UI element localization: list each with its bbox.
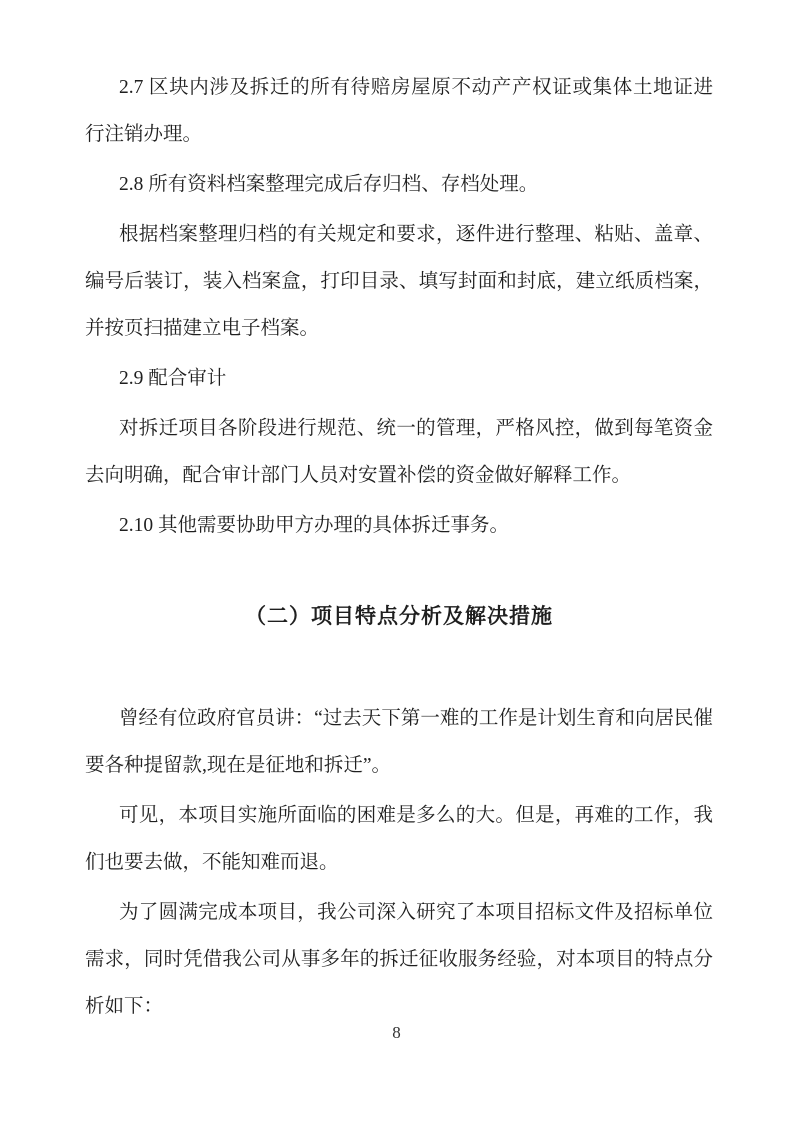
document-body: 2.7 区块内涉及拆迁的所有待赔房屋原不动产产权证或集体土地证进行注销办理。 2… (85, 64, 713, 1033)
paragraph-official-quote: 曾经有位政府官员讲：“过去天下第一难的工作是计划生育和向居民催要各种提留款,现在… (85, 695, 713, 789)
paragraph-2-7-cancellation: 2.7 区块内涉及拆迁的所有待赔房屋原不动产产权证或集体土地证进行注销办理。 (85, 64, 713, 158)
paragraph-difficulty-statement: 可见，本项目实施所面临的困难是多么的大。但是，再难的工作，我们也要去做，不能知难… (85, 792, 713, 886)
page-number: 8 (0, 1021, 793, 1045)
document-page: 2.7 区块内涉及拆迁的所有待赔房屋原不动产产权证或集体土地证进行注销办理。 2… (0, 0, 793, 1122)
section-heading: （二）项目特点分析及解决措施 (85, 589, 713, 645)
paragraph-2-9-audit: 2.9 配合审计 (85, 355, 713, 402)
paragraph-archiving-detail: 根据档案整理归档的有关规定和要求，逐件进行整理、粘贴、盖章、编号后装订，装入档案… (85, 211, 713, 352)
paragraph-2-10-other-matters: 2.10 其他需要协助甲方办理的具体拆迁事务。 (85, 502, 713, 549)
paragraph-analysis-intro: 为了圆满完成本项目，我公司深入研究了本项目招标文件及招标单位需求，同时凭借我公司… (85, 889, 713, 1030)
paragraph-audit-detail: 对拆迁项目各阶段进行规范、统一的管理，严格风控，做到每笔资金去向明确，配合审计部… (85, 405, 713, 499)
paragraph-2-8-archiving: 2.8 所有资料档案整理完成后存归档、存档处理。 (85, 161, 713, 208)
